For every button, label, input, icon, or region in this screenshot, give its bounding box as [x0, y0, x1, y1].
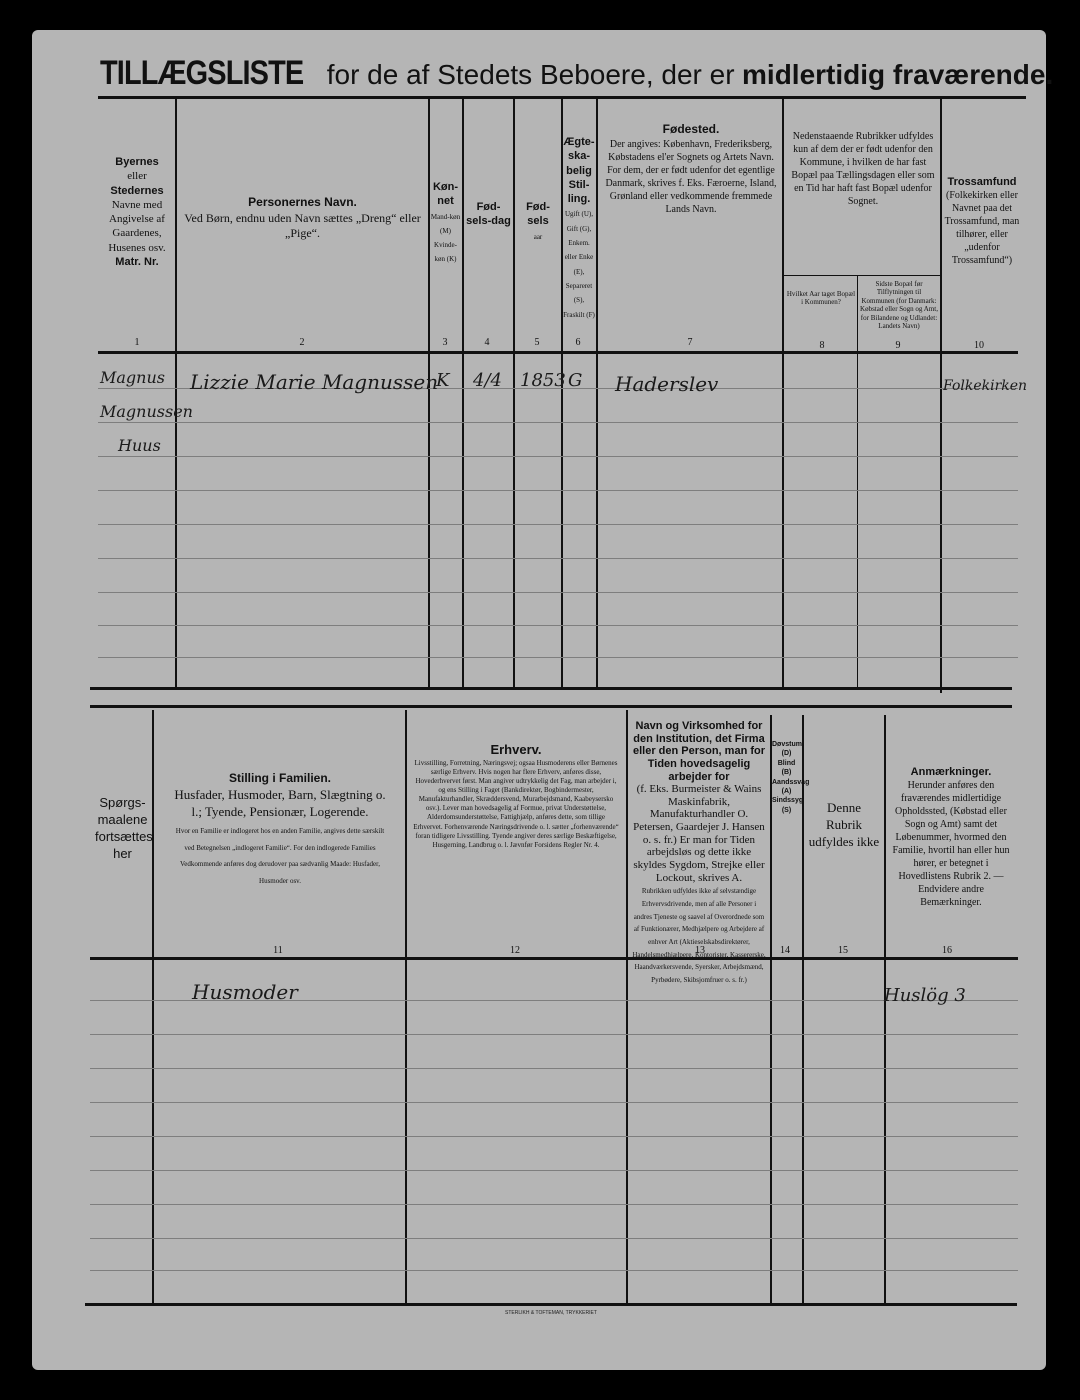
- continue-text: Spørgs-maalene fortsættes her: [95, 795, 153, 861]
- lower-header-rule: [90, 957, 1018, 960]
- divider: [940, 98, 942, 693]
- col15-text: Denne Rubrik udfyldes ikke: [809, 800, 879, 849]
- col11-small: Hvor en Familie er indlogeret hos en and…: [176, 827, 384, 886]
- col7-text: Der angives: København, Frederiksberg, K…: [605, 139, 776, 215]
- col-number: 1: [122, 337, 152, 348]
- col5-text: aar: [534, 233, 543, 241]
- header-rule: [98, 351, 1018, 354]
- divider: [462, 98, 464, 688]
- col8-header: Hvilket Aar taget Bopæl i Kommunen?: [786, 290, 856, 307]
- divider: [405, 710, 407, 1305]
- col3-header: Køn-net Mand-køn (M) Kvinde-køn (K): [430, 180, 461, 266]
- col16-header: Anmærkninger. Herunder anføres den fravæ…: [888, 765, 1014, 909]
- col7-header: Fødested. Der angives: København, Freder…: [605, 122, 777, 216]
- col-number: 14: [770, 945, 800, 956]
- place-line2: Magnussen: [100, 402, 193, 421]
- col-number: 9: [883, 340, 913, 351]
- col2-heading: Personernes Navn.: [248, 195, 357, 209]
- col-number: 13: [685, 945, 715, 956]
- birthplace: Haderslev: [615, 372, 718, 396]
- divider: [782, 98, 784, 688]
- subdivider: [784, 275, 940, 276]
- col-number: 8: [807, 340, 837, 351]
- col13-text: (f. Eks. Burmeister & Wains Maskinfabrik…: [633, 783, 765, 883]
- col2-text: Ved Børn, endnu uden Navn sættes „Dreng“…: [184, 211, 421, 241]
- col5-header: Fød-sels aar: [516, 200, 560, 243]
- divider: [175, 98, 177, 688]
- col12-heading: Erhverv.: [490, 742, 541, 757]
- col6-header: Ægte-ska-belig Stil-ling. Ugift (U), Gif…: [563, 135, 595, 321]
- divider: [513, 98, 515, 688]
- lower-top-rule: [90, 705, 1012, 708]
- divider: [857, 275, 858, 690]
- col6-text: Ugift (U), Gift (G), Enkem. eller Enke (…: [563, 210, 595, 318]
- col7-heading: Fødested.: [663, 122, 720, 136]
- birth-year: 1853: [520, 370, 566, 391]
- col-number: 11: [263, 945, 293, 956]
- col9-text: Sidste Bopæl før Tilflytningen til Kommu…: [860, 280, 938, 330]
- col4-header: Fød-sels-dag: [465, 200, 512, 229]
- col2-header: Personernes Navn. Ved Børn, endnu uden N…: [180, 195, 425, 242]
- sex: K: [436, 370, 449, 391]
- col1-header: Byernes eller Stedernes Navne med Angive…: [100, 155, 174, 269]
- col12-header: Erhverv. Livsstilling, Forretning, Nærin…: [412, 742, 620, 850]
- col3-text: Mand-køn (M) Kvinde-køn (K): [431, 213, 460, 264]
- col16-text: Herunder anføres den fraværendes midlert…: [893, 780, 1010, 908]
- col-number: 5: [522, 337, 552, 348]
- col-number: 16: [932, 945, 962, 956]
- col1-text: eller: [127, 170, 147, 182]
- lower-bottom-rule: [85, 1303, 1017, 1306]
- divider: [596, 98, 598, 688]
- col14-header: Døvstum (D) Blind (B) Aandssvag (A) Sind…: [772, 740, 801, 815]
- col9-header: Sidste Bopæl før Tilflytningen til Kommu…: [860, 280, 938, 330]
- marital-status: G: [568, 370, 582, 391]
- col1-heading: Byernes: [115, 156, 158, 168]
- title-regular: for de af Stedets Beboere, der er: [327, 59, 735, 90]
- col-number: 4: [472, 337, 502, 348]
- title-bold: TILLÆGSLISTE: [100, 48, 303, 98]
- upper-bottom-rule: [90, 687, 1012, 690]
- col10-heading: Trossamfund: [947, 176, 1016, 188]
- col-number: 15: [828, 945, 858, 956]
- col-continue-header: Spørgs-maalene fortsættes her: [95, 795, 150, 863]
- col5-heading: Fød-sels: [526, 201, 550, 227]
- col11-heading: Stilling i Familien.: [229, 771, 331, 785]
- col1-heading3: Matr. Nr.: [115, 256, 158, 268]
- religion: Folkekirken: [943, 378, 1027, 394]
- title-bold-end: midlertidig fraværende.: [742, 59, 1053, 90]
- col-number: 3: [430, 337, 460, 348]
- printer-mark: STERLIKH & TOFTEMAN, TRYKKERIET: [505, 1310, 597, 1316]
- col15-header: Denne Rubrik udfyldes ikke: [808, 800, 880, 851]
- col1-heading2: Stedernes: [110, 185, 163, 197]
- col11-text: Husfader, Husmoder, Barn, Slægtning o. l…: [174, 787, 385, 819]
- place-line1: Magnus: [100, 368, 165, 387]
- col4-heading: Fød-sels-dag: [466, 201, 511, 227]
- form-title: TILLÆGSLISTE for de af Stedets Beboere, …: [100, 48, 1030, 98]
- col12-text: Livsstilling, Forretning, Næringsvej; og…: [413, 759, 618, 849]
- family-position: Husmoder: [192, 980, 298, 1004]
- divider: [626, 710, 628, 1305]
- remarks: Huslög 3: [884, 985, 966, 1006]
- col-number: 2: [287, 337, 317, 348]
- col8-9-text: Nedenstaaende Rubrikker udfyldes kun af …: [791, 131, 934, 207]
- person-name: Lizzie Marie Magnussen: [190, 370, 438, 394]
- col8-text: Hvilket Aar taget Bopæl i Kommunen?: [787, 290, 855, 306]
- place-line3: Huus: [118, 436, 161, 455]
- divider: [152, 710, 154, 1305]
- col16-heading: Anmærkninger.: [911, 766, 992, 778]
- col-number: 12: [500, 945, 530, 956]
- col1-text2: Navne med Angivelse af Gaardenes, Husene…: [108, 199, 165, 254]
- col-number: 10: [964, 340, 994, 351]
- birth-day: 4/4: [473, 370, 502, 391]
- col-number: 6: [563, 337, 593, 348]
- col11-header: Stilling i Familien. Husfader, Husmoder,…: [170, 770, 390, 888]
- col3-heading: Køn-net: [433, 181, 458, 207]
- col13-small: Rubrikken udfyldes ikke af selvstændige …: [632, 887, 765, 983]
- col8-9-header: Nedenstaaende Rubrikker udfyldes kun af …: [790, 130, 936, 208]
- col10-header: Trossamfund (Folkekirken eller Navnet pa…: [944, 175, 1020, 267]
- col10-text: (Folkekirken eller Navnet paa det Trossa…: [945, 190, 1020, 266]
- divider: [884, 715, 886, 1305]
- col-number: 7: [675, 337, 705, 348]
- col13-heading: Navn og Virksomhed for den Institution, …: [633, 720, 765, 783]
- col6-heading: Ægte-ska-belig Stil-ling.: [563, 136, 594, 205]
